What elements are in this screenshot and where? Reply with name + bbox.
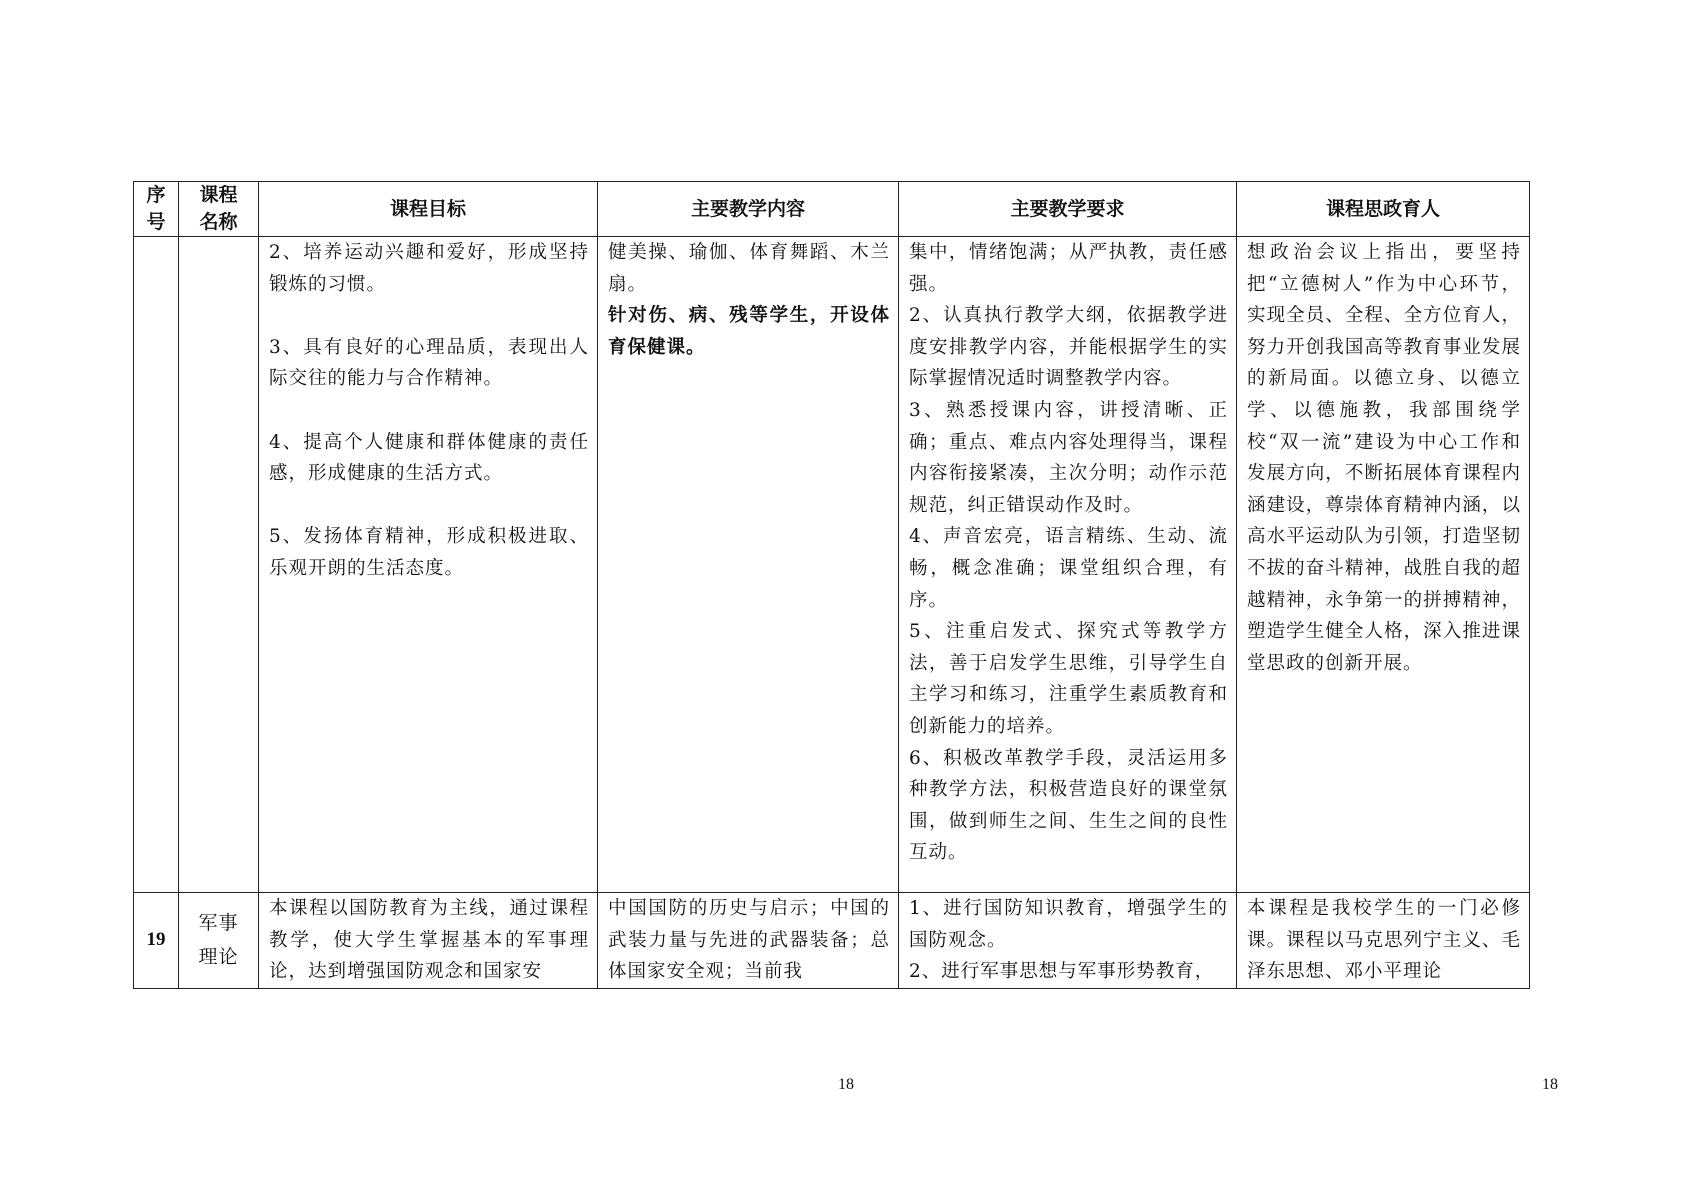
page-number-center: 18 bbox=[838, 1076, 854, 1094]
cell-ideology: 想政治会议上指出，要坚持把“立德树人”作为中心环节，实现全员、全程、全方位育人，… bbox=[1237, 237, 1530, 893]
content-text: 中国国防的历史与启示；中国的武装力量与先进的武器装备；总体国家安全观；当前我 bbox=[608, 893, 890, 988]
cell-name bbox=[179, 237, 259, 893]
header-course-name: 课程名称 bbox=[179, 182, 259, 237]
goal-item: 本课程以国防教育为主线，通过课程教学，使大学生掌握基本的军事理论，达到增强国防观… bbox=[269, 893, 589, 988]
page-number-right: 18 bbox=[1542, 1076, 1558, 1094]
requirement-item: 2、认真执行教学大纲，依据教学进度安排教学内容，并能根据学生的实际掌握情况适时调… bbox=[909, 300, 1228, 395]
cell-ideology: 本课程是我校学生的一门必修课。课程以马克思列宁主义、毛泽东思想、邓小平理论 bbox=[1237, 893, 1530, 989]
requirement-item: 集中，情绪饱满；从严执教，责任感强。 bbox=[909, 237, 1228, 300]
header-course-goals: 课程目标 bbox=[259, 182, 598, 237]
cell-content: 中国国防的历史与启示；中国的武装力量与先进的武器装备；总体国家安全观；当前我 bbox=[598, 893, 899, 989]
requirement-item: 3、熟悉授课内容，讲授清晰、正确；重点、难点内容处理得当，课程内容衔接紧凑，主次… bbox=[909, 395, 1228, 521]
cell-requirements: 集中，情绪饱满；从严执教，责任感强。 2、认真执行教学大纲，依据教学进度安排教学… bbox=[899, 237, 1237, 893]
cell-requirements: 1、进行国防知识教育，增强学生的国防观念。 2、进行军事思想与军事形势教育， bbox=[899, 893, 1237, 989]
table-header-row: 序号 课程名称 课程目标 主要教学内容 主要教学要求 课程思政育人 bbox=[134, 182, 1530, 237]
cell-content: 健美操、瑜伽、体育舞蹈、木兰扇。 针对伤、病、残等学生，开设体育保健课。 bbox=[598, 237, 899, 893]
header-seq: 序号 bbox=[134, 182, 179, 237]
requirement-item: 6、积极改革教学手段，灵活运用多种教学方法，积极营造良好的课堂氛围，做到师生之间… bbox=[909, 743, 1228, 869]
goal-item: 3、具有良好的心理品质，表现出人际交往的能力与合作精神。 bbox=[269, 332, 589, 395]
cell-seq: 19 bbox=[134, 893, 179, 989]
table-row: 2、培养运动兴趣和爱好，形成坚持锻炼的习惯。 3、具有良好的心理品质，表现出人际… bbox=[134, 237, 1530, 893]
table-row: 19 军事理论 本课程以国防教育为主线，通过课程教学，使大学生掌握基本的军事理论… bbox=[134, 893, 1530, 989]
header-main-requirements: 主要教学要求 bbox=[899, 182, 1237, 237]
goal-item: 5、发扬体育精神，形成积极进取、乐观开朗的生活态度。 bbox=[269, 521, 589, 584]
content-bold-text: 针对伤、病、残等学生，开设体育保健课。 bbox=[608, 300, 890, 363]
cell-goals: 2、培养运动兴趣和爱好，形成坚持锻炼的习惯。 3、具有良好的心理品质，表现出人际… bbox=[259, 237, 598, 893]
goal-item: 2、培养运动兴趣和爱好，形成坚持锻炼的习惯。 bbox=[269, 237, 589, 300]
requirement-item: 1、进行国防知识教育，增强学生的国防观念。 bbox=[909, 893, 1228, 956]
requirement-item: 5、注重启发式、探究式等教学方法，善于启发学生思维，引导学生自主学习和练习，注重… bbox=[909, 616, 1228, 742]
header-ideology: 课程思政育人 bbox=[1237, 182, 1530, 237]
header-main-content: 主要教学内容 bbox=[598, 182, 899, 237]
requirement-item: 4、声音宏亮，语言精练、生动、流畅，概念准确；课堂组织合理，有序。 bbox=[909, 521, 1228, 616]
requirement-item: 2、进行军事思想与军事形势教育， bbox=[909, 956, 1228, 988]
content-text: 健美操、瑜伽、体育舞蹈、木兰扇。 bbox=[608, 237, 890, 300]
cell-seq bbox=[134, 237, 179, 893]
course-table: 序号 课程名称 课程目标 主要教学内容 主要教学要求 课程思政育人 2、培养运动… bbox=[133, 181, 1530, 989]
ideology-text: 想政治会议上指出，要坚持把“立德树人”作为中心环节，实现全员、全程、全方位育人，… bbox=[1247, 237, 1521, 679]
cell-goals: 本课程以国防教育为主线，通过课程教学，使大学生掌握基本的军事理论，达到增强国防观… bbox=[259, 893, 598, 989]
goal-item: 4、提高个人健康和群体健康的责任感，形成健康的生活方式。 bbox=[269, 427, 589, 490]
cell-name: 军事理论 bbox=[179, 893, 259, 989]
ideology-text: 本课程是我校学生的一门必修课。课程以马克思列宁主义、毛泽东思想、邓小平理论 bbox=[1247, 893, 1521, 988]
